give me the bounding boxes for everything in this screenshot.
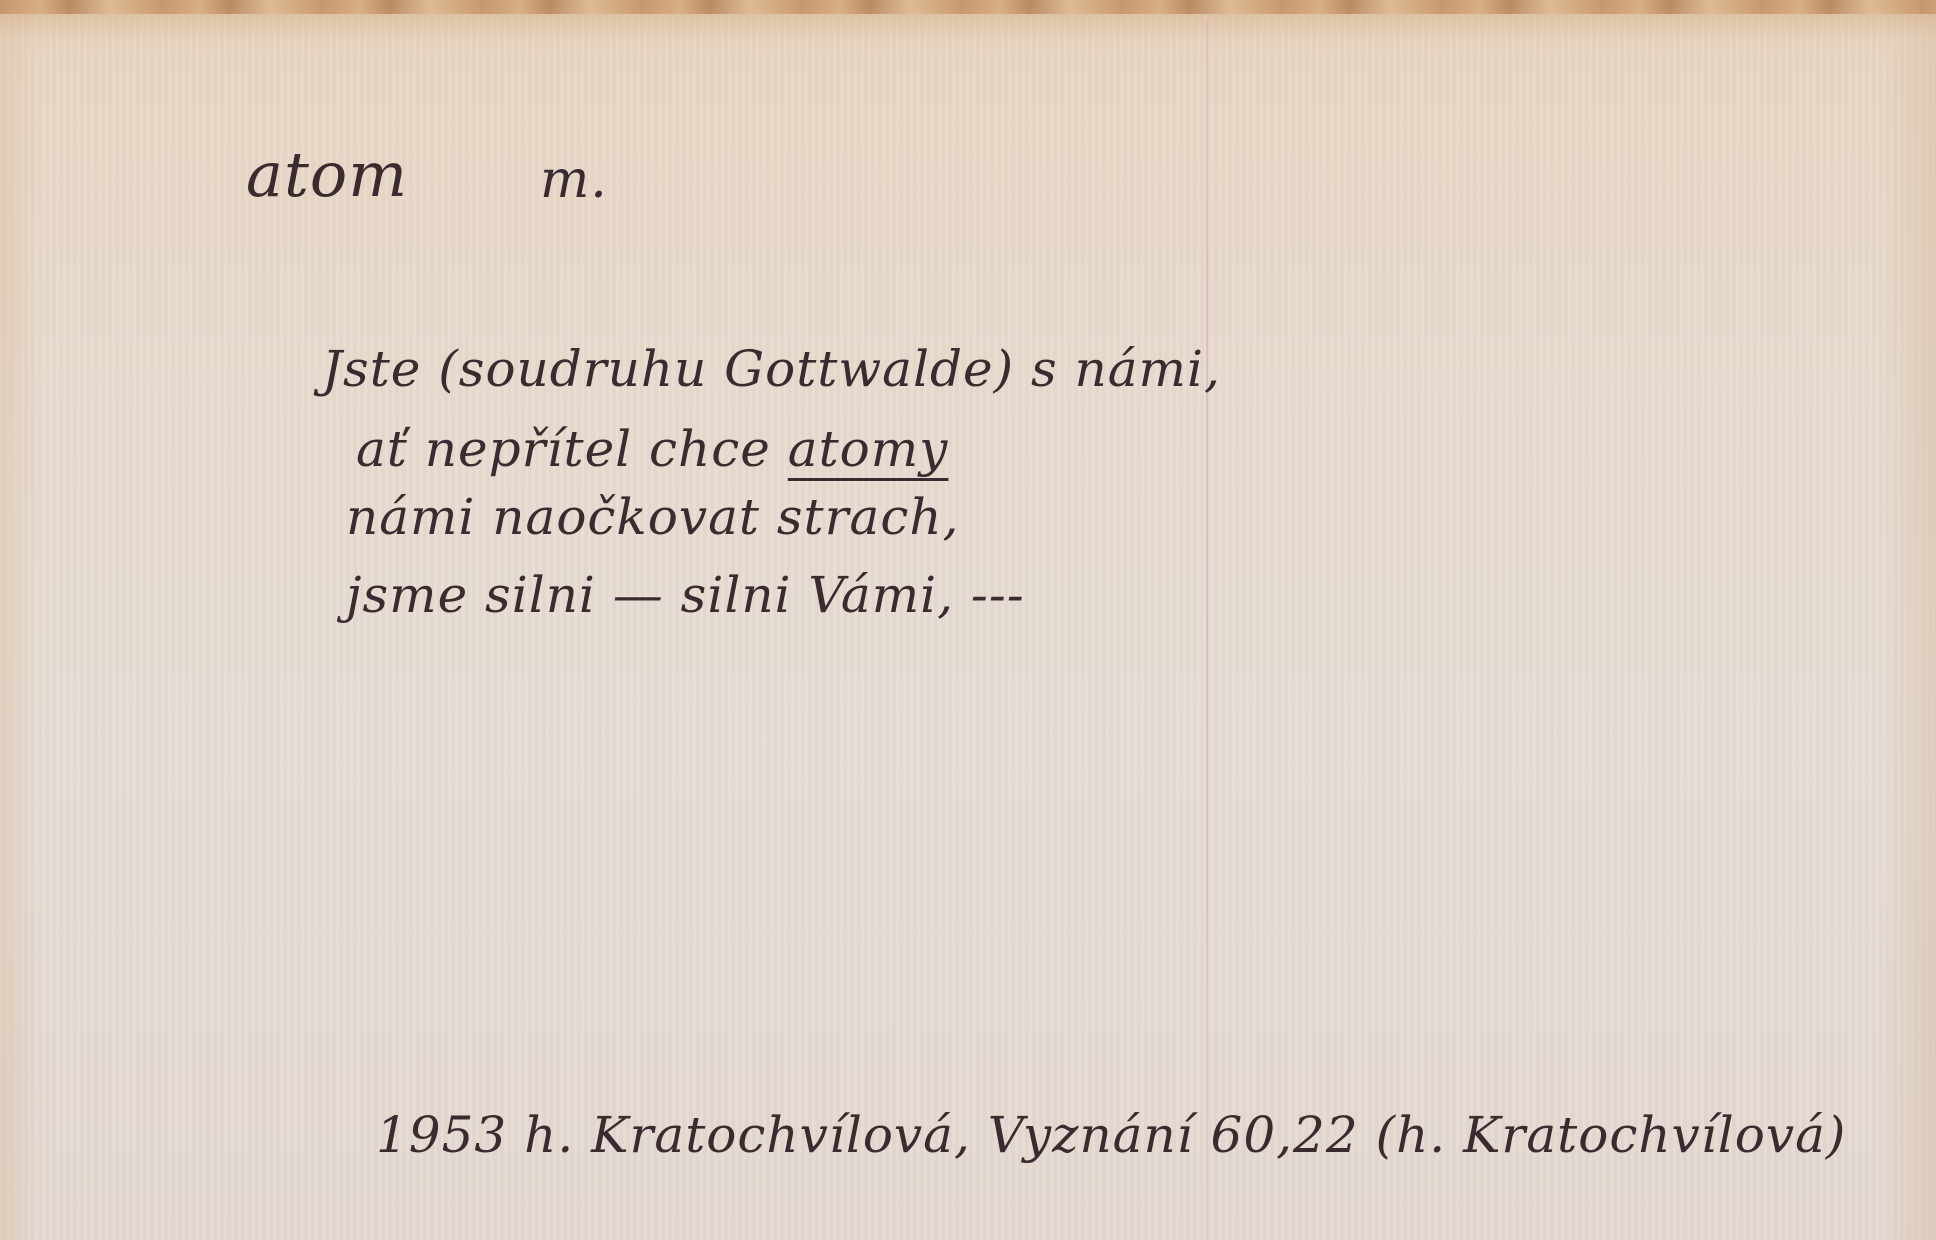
grammar-label: m. — [540, 150, 608, 210]
card-top-edge — [0, 0, 1936, 14]
quotation-line-3: námi naočkovat strach, — [346, 488, 959, 546]
quotation-line-1: Jste (soudruhu Gottwalde) s námi, — [322, 340, 1221, 398]
quotation-line-2-text: ať nepřítel chce — [356, 420, 771, 478]
quotation-line-2: ať nepřítel chce atomy — [356, 420, 948, 478]
source-citation: 1953 h. Kratochvílová, Vyznání 60,22 (h.… — [376, 1106, 1846, 1164]
quotation-line-4: jsme silni — silni Vámi, --- — [346, 566, 1025, 624]
underlined-headword-occurrence: atomy — [788, 420, 949, 478]
margin-line — [1206, 20, 1208, 1240]
dictionary-slip: atom m. Jste (soudruhu Gottwalde) s námi… — [0, 0, 1936, 1240]
headword: atom — [246, 138, 408, 211]
